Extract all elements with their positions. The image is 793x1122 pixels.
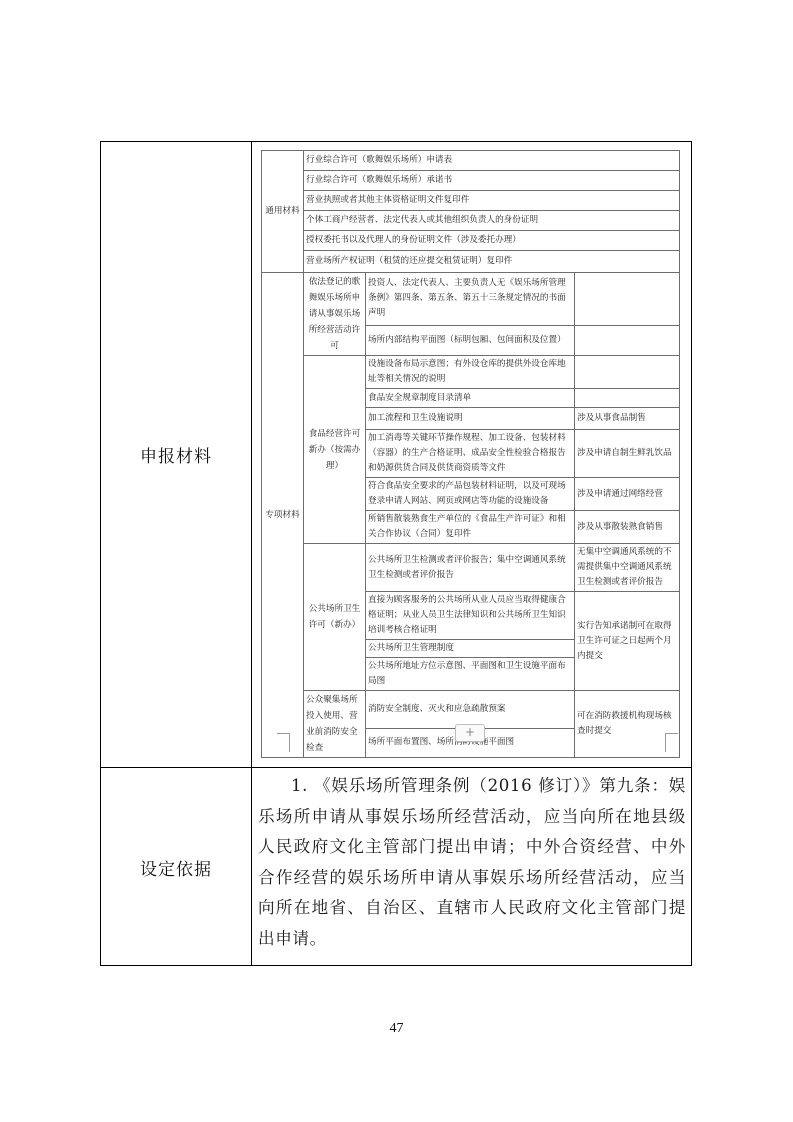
special-item-note: 涉及申请通过网络经营: [575, 478, 680, 511]
special-item: 所销售散装熟食生产单位的《食品生产许可证》和相关合作协议（合同）复印件: [366, 511, 575, 544]
page-corner-mark-right: [665, 733, 678, 752]
group-name: 公共场所卫生许可（新办）: [304, 544, 366, 691]
category-general: 通用材料: [262, 151, 304, 273]
row-divider: [101, 767, 691, 768]
special-item-note: 可在消防救援机构现场核查时提交: [575, 691, 680, 758]
general-item: 行业综合许可（歌舞娱乐场所）申请表: [304, 151, 680, 171]
special-item: 加工流程和卫生设施说明: [366, 408, 575, 430]
special-item-note: 涉及申请自制生鲜乳饮品: [575, 430, 680, 478]
general-item: 行业综合许可（歌舞娱乐场所）承诺书: [304, 171, 680, 191]
general-item: 授权委托书以及代理人的身份证明文件（涉及委托办理）: [304, 231, 680, 251]
special-item: 场所内部结构平面图（标明包厢、包间面积及位置）: [366, 325, 575, 355]
special-item-note: [575, 389, 680, 408]
special-item: 公共场所卫生检测或者评价报告；集中空调通风系统卫生检测或者评价报告: [366, 544, 575, 592]
materials-table: 通用材料 行业综合许可（歌舞娱乐场所）申请表 行业综合许可（歌舞娱乐场所）承诺书…: [261, 150, 680, 758]
general-item: 个体工商户经营者、法定代表人或其他组织负责人的身份证明: [304, 211, 680, 231]
general-item: 营业场所产权证明（租赁的还应提交租赁证明）复印件: [304, 251, 680, 273]
category-special: 专项材料: [262, 273, 304, 758]
special-item: 加工消毒等关键环节操作规程、加工设备、包装材料（容器）的生产合格证明、成品安全性…: [366, 430, 575, 478]
special-item-note: [575, 356, 680, 389]
special-item: 直接为顾客服务的公共场所从业人员应当取得健康合格证明；从业人员卫生法律知识和公共…: [366, 592, 575, 640]
group-name: 依法登记的歌舞娱乐场所申请从事娱乐场所经营活动许可: [304, 273, 366, 356]
general-item: 营业执照或者其他主体资格证明文件复印件: [304, 191, 680, 211]
special-item-note: 无集中空调通风系统的不需提供集中空调通风系统卫生检测或者评价报告: [575, 544, 680, 592]
group-name: 公众聚集场所投入使用、营业前消防安全检查: [304, 691, 366, 758]
special-item-note: [575, 273, 680, 326]
legal-basis-text: 1. 《娱乐场所管理条例（2016 修订）》第九条：娱乐场所申请从事娱乐场所经营…: [258, 771, 686, 954]
special-item: 设施设备布局示意图；有外设仓库的提供外设仓库地址等相关情况的说明: [366, 356, 575, 389]
special-item-note: 涉及从事食品制售: [575, 408, 680, 430]
row-label-basis: 设定依据: [101, 855, 251, 880]
add-row-button[interactable]: +: [455, 724, 485, 742]
column-divider: [251, 142, 252, 965]
page-corner-mark-left: [277, 733, 290, 752]
special-item: 食品安全规章制度目录清单: [366, 389, 575, 408]
special-item-note: 实行告知承诺制可在取得卫生许可证之日起两个月内提交: [575, 592, 680, 691]
row-label-materials: 申报材料: [101, 442, 251, 467]
group-name: 食品经营许可新办（按需办理）: [304, 356, 366, 544]
special-item-note: [575, 325, 680, 355]
special-item: 投资人、法定代表人、主要负责人无《娱乐场所管理条例》第四条、第五条、第五十三条规…: [366, 273, 575, 326]
special-item: 符合食品安全要求的产品包装材料证明，以及可现场登录申请人网站、网页或网店等功能的…: [366, 478, 575, 511]
legal-basis-content: 1. 《娱乐场所管理条例（2016 修订）》第九条：娱乐场所申请从事娱乐场所经营…: [258, 776, 686, 948]
page-number: 47: [0, 1021, 793, 1037]
special-item: 公共场所地址方位示意图、平面图和卫生设施平面布局图: [366, 658, 575, 691]
special-item: 公共场所卫生管理制度: [366, 640, 575, 658]
special-item-note: 涉及从事散装熟食销售: [575, 511, 680, 544]
special-item: 消防安全制度、灭火和应急疏散预案: [366, 691, 575, 729]
